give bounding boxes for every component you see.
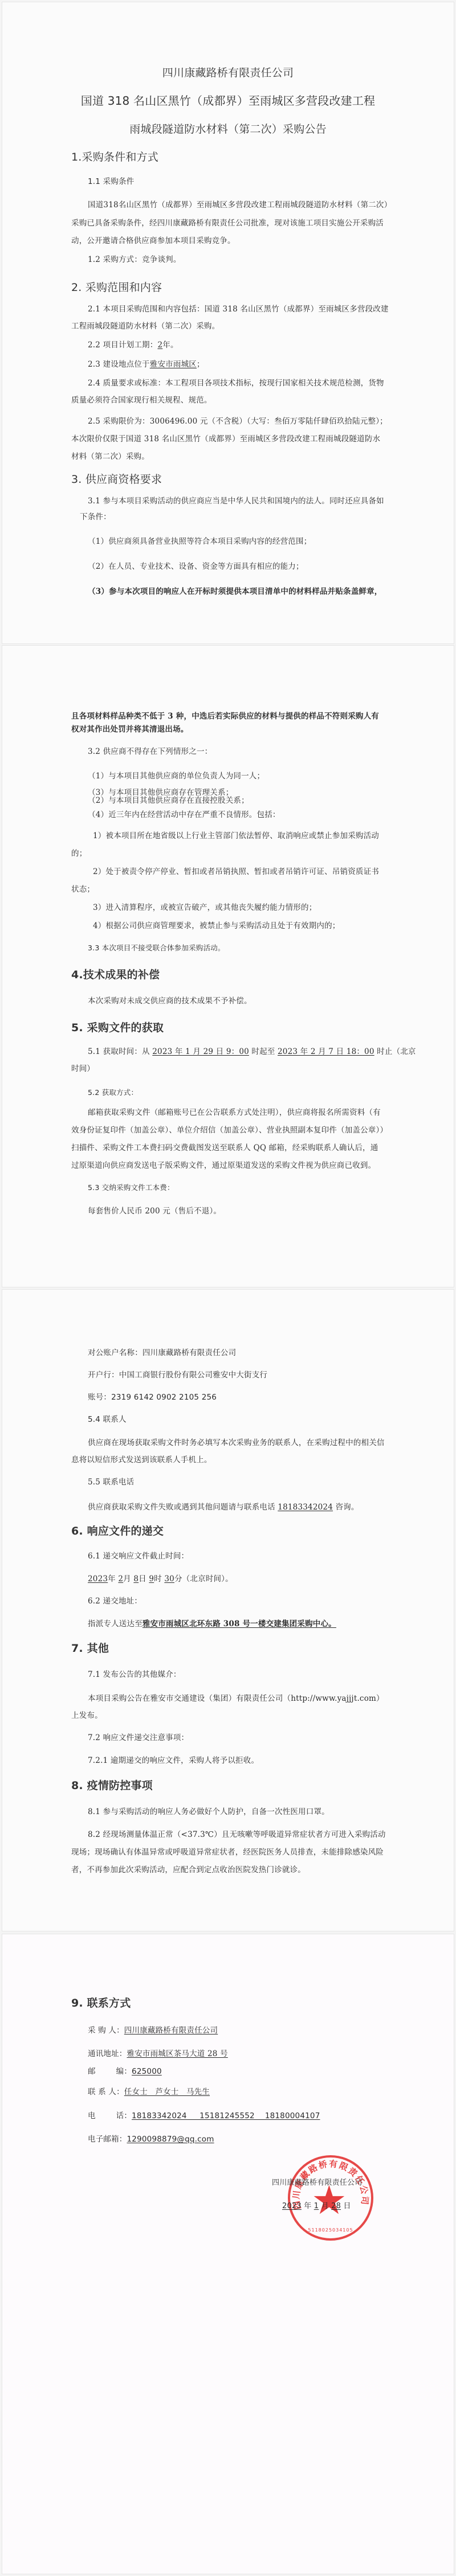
signature-date: 2023 年 1 月 28 日 — [282, 2201, 351, 2212]
section-2-2: 2.2 项目计划工期：2年。 — [88, 340, 178, 350]
deadline: 2023年 2月 8日 9时 30分（北京时间）。 — [88, 1574, 233, 1584]
contact-row-people: 联 系 人：任女士 芦女士 马先生 — [88, 2087, 210, 2097]
contact-value: 625000 — [132, 2067, 162, 2076]
contact-label: 电子邮箱： — [88, 2135, 127, 2144]
paragraph-line: 时间） — [71, 1064, 95, 1074]
list-item: （3）与本项目其他供应商存在管理关系； — [88, 787, 233, 798]
section-5-1: 5.1 获取时间：从 2023 年 1 月 29 日 9：00 时起至 2023… — [88, 1047, 416, 1057]
contact-row-postcode: 邮 编：625000 — [88, 2066, 162, 2077]
paragraph-line: 工程雨城段隧道防水材料（第二次）采购。 — [71, 321, 219, 331]
contact-label: 采 购 人： — [88, 2026, 124, 2035]
account-name: 对公账户名称：四川康藏路桥有限责任公司 — [88, 1348, 236, 1358]
contact-value: 任女士 芦女士 马先生 — [124, 2087, 210, 2097]
paragraph-line: 采购已具备采购条件，经四川康藏路桥有限责任公司批准，现对该施工项目实施公开采购活 — [71, 218, 384, 228]
paragraph-line: 8.2 经现场测量体温正常（<37.3℃）且无咳嗽等呼吸道异常症状者方可进入采购… — [88, 1830, 386, 1840]
paragraph-line: 权对其作出处罚并将其清退出场。 — [71, 724, 189, 735]
paragraph-line: 下条件： — [80, 512, 111, 522]
section-4-heading: 4.技术成果的补偿 — [71, 968, 160, 982]
date-month: 1 — [314, 2202, 319, 2210]
section-6-2-label: 6.2 递交地址： — [88, 1596, 142, 1606]
unit: 日 — [341, 2202, 351, 2210]
unit: 年 — [302, 2202, 314, 2210]
section-2-3: 2.3 建设地点位于雅安市雨城区； — [88, 359, 205, 370]
page-4 — [2, 1934, 454, 2574]
section-3-heading: 3. 供应商资格要求 — [71, 473, 162, 486]
start-time: 2023 年 1 月 29 日 9：00 — [152, 1047, 249, 1056]
work-period-value: 2 — [157, 341, 162, 350]
section-7-2-1: 7.2.1 逾期递交的响应文件，采购人将予以拒收。 — [88, 1755, 259, 1766]
price-text: 每套售价人民币 200 元（售后不退）。 — [88, 1206, 221, 1216]
paragraph-line: 动，公开邀请合格供应商参加本项目采购竞争。 — [71, 236, 235, 246]
mid: 时起至 — [249, 1047, 278, 1056]
document-title-project: 国道 318 名山区黑竹（成都界）至雨城区多营段改建工程 — [0, 94, 456, 108]
list-item: （1）供应商须具备营业执照等符合本项目采购内容的经营范围； — [88, 536, 311, 547]
contact-value: 四川康藏路桥有限责任公司 — [124, 2026, 218, 2035]
paragraph-line: 者，不再参加此次采购活动，应配合到定点收治医院发热门诊就诊。 — [71, 1865, 306, 1875]
label: 2.3 建设地点位于 — [88, 360, 150, 369]
date-day: 28 — [331, 2202, 341, 2210]
date-year: 2023 — [282, 2202, 302, 2210]
suffix: 时止（北京 — [374, 1047, 416, 1056]
section-7-heading: 7. 其他 — [71, 1642, 109, 1655]
deadline-day: 8 — [133, 1574, 139, 1584]
seal-code: 5118025034105 — [290, 2228, 371, 2233]
deadline-minute: 30 — [164, 1574, 174, 1584]
paragraph-line: 本次限价仅限于国道 318 名山区黑竹（成都界）至雨城区多营段改建工程雨城段隧道… — [71, 434, 380, 444]
section-6-2: 指派专人送达至雅安市雨城区北环东路 308 号一楼交建集团采购中心。 — [88, 1619, 336, 1629]
document-title-notice: 雨城段隧道防水材料（第二次）采购公告 — [0, 122, 456, 136]
sub-item: 状态； — [71, 884, 95, 895]
suffix: ； — [197, 360, 205, 369]
unit: 日 — [139, 1574, 149, 1584]
phone-link[interactable]: 18183342024 — [278, 1503, 333, 1512]
contact-label: 通讯地址： — [88, 2049, 127, 2058]
contact-value: 雅安市雨城区茶马大道 28 号 — [127, 2049, 228, 2058]
section-5-2-label: 5.2 获取方式： — [88, 1088, 138, 1098]
paragraph-line: 质量必须符合国家现行相关规程、规范。 — [71, 395, 212, 405]
sub-item: 的； — [71, 848, 87, 859]
paragraph-line: 现场；现场确认有体温异常或呼吸道异常症状者，经医院医务人员排查，未能排除感染风险 — [71, 1847, 384, 1857]
contact-label: 联 系 人： — [88, 2087, 124, 2097]
contact-email[interactable]: 1290098879@qq.com — [127, 2135, 214, 2144]
contact-row-address: 通讯地址：雅安市雨城区茶马大道 28 号 — [88, 2049, 228, 2059]
paragraph-line: 过原渠道向供应商发送电子版采购文件，通过原渠道发送的采购文件视为供应商已收到。 — [71, 1160, 376, 1171]
document-title-company: 四川康藏路桥有限责任公司 — [0, 66, 456, 80]
section-5-3-label: 5.3 交纳采购文件工本费： — [88, 1183, 174, 1193]
section-8-heading: 8. 疫情防控事项 — [71, 1779, 153, 1792]
section-5-heading: 5. 采购文件的获取 — [71, 1021, 164, 1035]
paragraph-line: 2.5 采购限价为：3006496.00 元（不含税）（大写：叁佰万零陆仟肆佰玖… — [88, 416, 388, 426]
section-6-heading: 6. 响应文件的递交 — [71, 1524, 164, 1538]
contact-value[interactable]: 18183342024 15181245552 18180004107 — [132, 2111, 320, 2120]
section-2-heading: 2. 采购范围和内容 — [71, 281, 162, 294]
paragraph-line: 2.1 本项目采购范围和内容包括：国道 318 名山区黑竹（成都界）至雨城区多营… — [88, 304, 389, 314]
paragraph-line: 息将以短信形式发送到该联系人手机上。 — [71, 1455, 212, 1465]
sub-item: 4）根据公司供应商管理要求，被禁止参与采购活动且处于有效期内的； — [93, 921, 340, 931]
label: 2.2 项目计划工期： — [88, 341, 157, 350]
paragraph-line: 供应商在现场获取采购文件时务必填写本次采购业务的联系人，在采购过程中的相关信 — [88, 1438, 385, 1448]
section-4-body: 本次采购对未成交供应商的技术成果不予补偿。 — [88, 996, 252, 1006]
unit: 时 — [154, 1574, 164, 1584]
sub-item: 3）进入清算程序，或被宣告破产，或其他丧失履约能力情形的； — [93, 903, 316, 913]
page-2 — [2, 646, 454, 1287]
bank-name: 开户行：中国工商银行股份有限公司雅安中大街支行 — [88, 1370, 267, 1380]
contact-row-email: 电子邮箱：1290098879@qq.com — [88, 2134, 214, 2144]
paragraph-line: 效身份证复印件（加盖公章）、单位介绍信（加盖公章）、营业执照副本复印件（加盖公章… — [71, 1125, 388, 1135]
contact-label: 邮 编： — [88, 2067, 132, 2076]
paragraph-line: 且各项材料样品种类不低于 3 种，中选后若实际供应的材料与提供的样品不符则采购人… — [71, 711, 379, 721]
paragraph-line: 材料（第二次）采购。 — [71, 452, 149, 462]
section-3-2-label: 3.2 供应商不得存在下列情形之一： — [88, 746, 212, 757]
contact-label: 电 话： — [88, 2111, 132, 2120]
section-9-heading: 9. 联系方式 — [71, 1996, 131, 2010]
paragraph-line: 2.4 质量要求或标准：本工程项目各项技术指标，按现行国家相关技术规范检测，货物 — [88, 378, 384, 388]
paragraph-line: 国道318名山区黑竹（成都界）至雨城区多营段改建工程雨城段隧道防水材料（第二次） — [88, 200, 392, 210]
label: 5.1 获取时间：从 — [88, 1047, 152, 1056]
company-seal: 四川康藏路桥有限责任公司 ★ 5118025034105 — [288, 2155, 373, 2241]
suffix: 年。 — [162, 341, 178, 350]
sub-item: 1）被本项目所在地省级以上行业主管部门依法暂停、取消响应或禁止参加采购活动 — [93, 831, 379, 841]
contact-row-phone: 电 话：18183342024 15181245552 18180004107 — [88, 2111, 320, 2121]
section-6-1-label: 6.1 递交响应文件截止时间： — [88, 1551, 189, 1561]
unit: 年 — [108, 1574, 118, 1584]
list-item: （2）在人员、专业技术、设备、资金等方面具有相应的能力； — [88, 561, 304, 572]
paragraph-line: 邮箱获取采购文件（邮箱账号已在公告联系方式处注明），供应商将报名所需资料（有 — [88, 1107, 381, 1118]
label: 指派专人送达至 — [88, 1619, 142, 1629]
end-time: 2023 年 2 月 7 日 18：00 — [278, 1047, 374, 1056]
section-3-3: 3.3 本次项目不接受联合体参加采购活动。 — [88, 943, 225, 953]
unit: 月 — [319, 2202, 331, 2210]
section-8-1: 8.1 参与采购活动的响应人务必做好个人防护，自备一次性医用口罩。 — [88, 1807, 329, 1817]
deadline-month: 2 — [118, 1574, 123, 1584]
unit: 分（北京时间）。 — [174, 1574, 233, 1584]
list-item: （3）参与本次项目的响应人在开标时须提供本项目清单中的材料样品并贴条盖鲜章， — [88, 586, 382, 597]
section-5-4-label: 5.4 联系人 — [88, 1414, 127, 1425]
section-1-1-label: 1.1 采购条件 — [88, 177, 134, 187]
signature-company: 四川康藏路桥有限责任公司 — [272, 2178, 362, 2188]
account-number: 账号：2319 6142 0902 2105 256 — [88, 1392, 217, 1402]
deadline-year: 2023 — [88, 1574, 108, 1584]
unit: 月 — [123, 1574, 133, 1584]
label: 供应商获取采购文件失败或遇到其他问题请与联系电话 — [88, 1503, 278, 1512]
paragraph-line: 扫描件、采购文件工本费扫码交费截图发送至联系人 QQ 邮箱，经采购联系人确认后，… — [71, 1143, 378, 1153]
location-value: 雅安市雨城区 — [150, 360, 197, 369]
suffix: 咨询。 — [333, 1503, 359, 1512]
contact-row-purchaser: 采 购 人：四川康藏路桥有限责任公司 — [88, 2025, 218, 2036]
paragraph-line: 本项目采购公告在雅安市交通建设（集团）有限责任公司（http://www.yaj… — [88, 1693, 384, 1704]
section-7-1-label: 7.1 发布公告的其他媒介： — [88, 1670, 181, 1680]
sub-item: 2）处于被责令停产停业、暂扣或者吊销执照、暂扣或者吊销许可证、吊销资质证书 — [93, 867, 379, 877]
list-item: （4）近三年内在经营活动中存在严重不良情形。包括： — [88, 810, 280, 820]
section-1-heading: 1.采购条件和方式 — [71, 150, 158, 164]
list-item: （1）与本项目其他供应商的单位负责人为同一人； — [88, 771, 264, 781]
section-5-5: 供应商获取采购文件失败或遇到其他问题请与联系电话 18183342024 咨询。 — [88, 1502, 359, 1512]
section-1-2: 1.2 采购方式：竞争谈判。 — [88, 255, 181, 265]
paragraph-line: 3.1 参与本项目采购活动的供应商应当是中华人民共和国境内的法人。同时还应具备如 — [88, 496, 384, 506]
paragraph-line: 上发布。 — [71, 1711, 103, 1721]
deadline-hour: 9 — [149, 1574, 154, 1584]
section-7-2-label: 7.2 响应文件递交注意事项： — [88, 1733, 189, 1743]
section-5-5-label: 5.5 联系电话 — [88, 1477, 134, 1487]
submission-address: 雅安市雨城区北环东路 308 号一楼交建集团采购中心。 — [142, 1619, 336, 1629]
